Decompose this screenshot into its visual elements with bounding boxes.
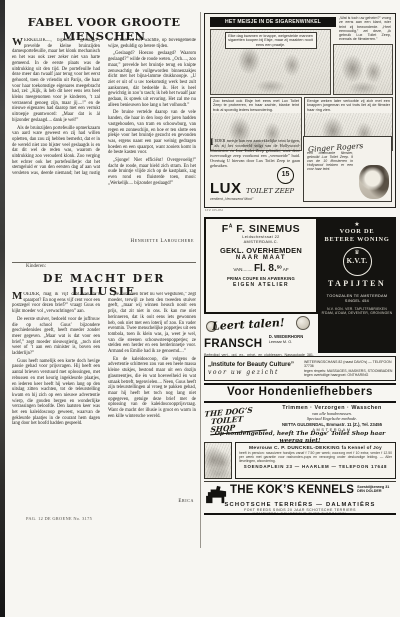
section-label: Kinderen: [26, 264, 46, 269]
kvt-cities: R'DAM, A'DAM, DEVENTER, GRONINGEN [318, 311, 396, 315]
thin-rule [204, 481, 396, 482]
koks-kennels-ad: THE KOK’S KENNELS Soestdijkerweg 31DEN D… [204, 484, 396, 512]
dogs-toilet-shop-logo: THE DOG’S TOILET SHOP [203, 402, 268, 432]
cartoon-face-illustration [296, 316, 310, 330]
dogs-section-header: Voor Hondenliefhebbers [204, 386, 396, 398]
sinemus-note: PRIMA COUPE EN AFWERKING [206, 276, 316, 281]
sinemus-product-sub: NAAR MAAT [206, 255, 316, 261]
thick-rule [204, 401, 396, 403]
article2-paragraph: De eerste stuiver, bedoeld voor de juffr… [12, 317, 100, 357]
article2: MOEDER, mag ik vijf cent van m’n spaarpo… [12, 292, 196, 504]
celebrity-caption: een charmante filmster, gebruikt Lux Toi… [307, 151, 353, 171]
dogshop-line: Speciaal Engelsche methode. [268, 416, 396, 421]
kennel-address: SOENDAPLEIN 23 — HAARLEM — TELEFOON 1764… [236, 464, 395, 469]
article1-paragraph: „Geslaagd? Hoezoo geslaagd? Waarom gesla… [108, 51, 196, 108]
talen-teacher: D. WIEDERHORNLeeraar M. O. [269, 334, 303, 345]
sinemus-price: VAN........ Fl. 8.50 AF [206, 263, 316, 274]
lux-comic-ad: HET MEISJE IN DE SIGARENWINKEL „Wat is t… [204, 13, 396, 208]
thick-rule [204, 383, 396, 385]
scan-edge-strip [0, 0, 5, 617]
koks-kennels-address: Soestdijkerweg 31DEN DOLDER [357, 484, 389, 494]
kvt-headline2: BETERE WONING [318, 236, 396, 244]
dogs-toilet-shop-text: Trimmen · Verzorgen · Wasschen van alle … [268, 405, 396, 429]
article1-signature: Henriette Labouchere [131, 238, 194, 244]
article1-paragraph: „Sjonge! Niet efficiënt! Overgevoelig!” … [108, 158, 196, 187]
article2-paragraph: „Je kunt dien brief nu wel wegsturen,” z… [108, 292, 196, 355]
comic-caption: Elke dag kwamen er knappe, welgestelde m… [225, 32, 317, 49]
kennel-of-joy-box: Mevrouw C. P. DUNCKEL-DEKKING fa Kennel … [235, 442, 396, 479]
comic-caption: Zoo besloot ook Elsje het eens met Lux T… [211, 98, 301, 113]
beauty-name: „Institute for Beauty Culture” [208, 361, 304, 368]
article1: WERKELIJK...., bijzonder geslaagd”, prev… [12, 38, 196, 244]
column-divider-rule [200, 12, 201, 548]
lux-slogan: verdient „Verrassend Mooi” [210, 197, 302, 201]
comic-caption-topright: „Wat is toch uw geheim?” vroeg ze eens a… [339, 16, 391, 42]
kennel-details: heeft in pension: raszuivere hondjes van… [236, 451, 395, 463]
ad-credit-code: LTZ 105-052 [205, 208, 223, 212]
terrier-silhouette-icon [204, 484, 230, 504]
sinemus-city: AMSTERDAM-C. [206, 240, 316, 245]
price-unit: ct [290, 178, 292, 182]
kvt-logo: ♛ K.V.T. [343, 247, 372, 276]
kvt-headline: VOOR DE [318, 228, 396, 236]
talen-language: FRANSCH [204, 338, 262, 350]
kvt-address: SINGEL 454 [318, 299, 396, 304]
lux-product-name: TOILET ZEEP [246, 187, 294, 195]
article2-signature: Erica [178, 498, 194, 504]
section-rule [12, 262, 196, 263]
page-footer: PAG. 12 DE GROENE No. 3175 [26, 516, 92, 521]
crown-icon: ♛ [344, 250, 371, 257]
article2-paragraph: MOEDER, mag ik vijf cent van m’n spaarpo… [12, 292, 100, 315]
language-course-ad: Leert talen! FRANSCH D. WIEDERHORNLeeraa… [204, 315, 314, 354]
star-icon: ★ [318, 221, 396, 228]
article1-paragraph: De bruine vertelde daarop van de vele ha… [108, 110, 196, 156]
koks-kennels-top: THE KOK’S KENNELS Soestdijkerweg 31DEN D… [204, 484, 396, 504]
article2-paragraph: En de kaleidoscoop, die volgens de adver… [108, 357, 196, 420]
sinemus-note2: EIGEN ATELIER [206, 282, 316, 288]
kvt-product: TAPIJTEN [318, 279, 396, 288]
talen-row: FRANSCH D. WIEDERHORNLeeraar M. O. [204, 334, 314, 352]
comic-caption: Eenige weken later verloofde zij zich me… [305, 98, 392, 113]
article1-columns: WERKELIJK...., bijzonder geslaagd”, prev… [12, 38, 196, 244]
koks-kennels-name: THE KOK’S KENNELS [230, 484, 354, 496]
kvt-monogram: K.V.T. [344, 257, 371, 265]
ginger-rogers-portrait [359, 165, 389, 199]
beauty-service2: tegen overtollige haargroei: ONTHARING [304, 373, 393, 377]
beauty-left: „Institute for Beauty Culture” voor uw g… [205, 361, 304, 376]
celebrity-panel: Ginger Rogers een charmante filmster, ge… [303, 136, 392, 202]
beauty-details: WETERINGSCHANS 82 (naast DAVO’s) — TELEF… [304, 360, 395, 378]
price-badge: 15 ct [277, 167, 294, 184]
thick-rule [204, 513, 396, 515]
magazine-page: FABEL VOOR GROOTE MENSCHEN WERKELIJK....… [0, 0, 400, 617]
kennel-of-joy-ad: Mevrouw C. P. DUNCKEL-DEKKING fa Kennel … [204, 442, 396, 479]
article1-paragraph: WERKELIJK...., bijzonder geslaagd”, prev… [12, 38, 100, 124]
sinemus-product: GEKL. OVERHEMDEN [206, 246, 316, 255]
comic-title-bar: HET MEISJE IN DE SIGARENWINKEL [210, 17, 336, 27]
beauty-institute-ad: „Institute for Beauty Culture” voor uw g… [204, 356, 396, 381]
beauty-address: WETERINGSCHANS 82 (naast DAVO’s) — TELEF… [304, 360, 393, 369]
talen-headline: Leert talen! [212, 316, 285, 333]
comic-panel-illustration: Elke dag kwamen er knappe, welgestelde m… [210, 29, 331, 95]
ad-body-text: IEDER meisje kan een aantrekkelijke tein… [210, 138, 300, 168]
comic-panel-illustration [333, 44, 393, 95]
dog-illustration [204, 442, 232, 479]
article2-paragraph: Guus heeft namelijk een korte doch hevig… [12, 359, 100, 427]
dogs-toilet-shop-ad: THE DOG’S TOILET SHOP Trimmen · Verzorge… [204, 405, 396, 429]
kvt-ad: ★ VOOR DE BETERE WONING ♛ K.V.T. TAPIJTE… [318, 217, 396, 353]
lux-wordmark: LUX [210, 180, 242, 197]
beauty-subline: voor uw gezicht [208, 369, 304, 376]
sinemus-ad: FA F. SINEMUS Leidschestraat 22 AMSTERDA… [204, 217, 318, 314]
article2-columns: MOEDER, mag ik vijf cent van m’n spaarpo… [12, 292, 196, 504]
dropcap: W [12, 38, 24, 47]
dropcap: M [12, 292, 23, 301]
